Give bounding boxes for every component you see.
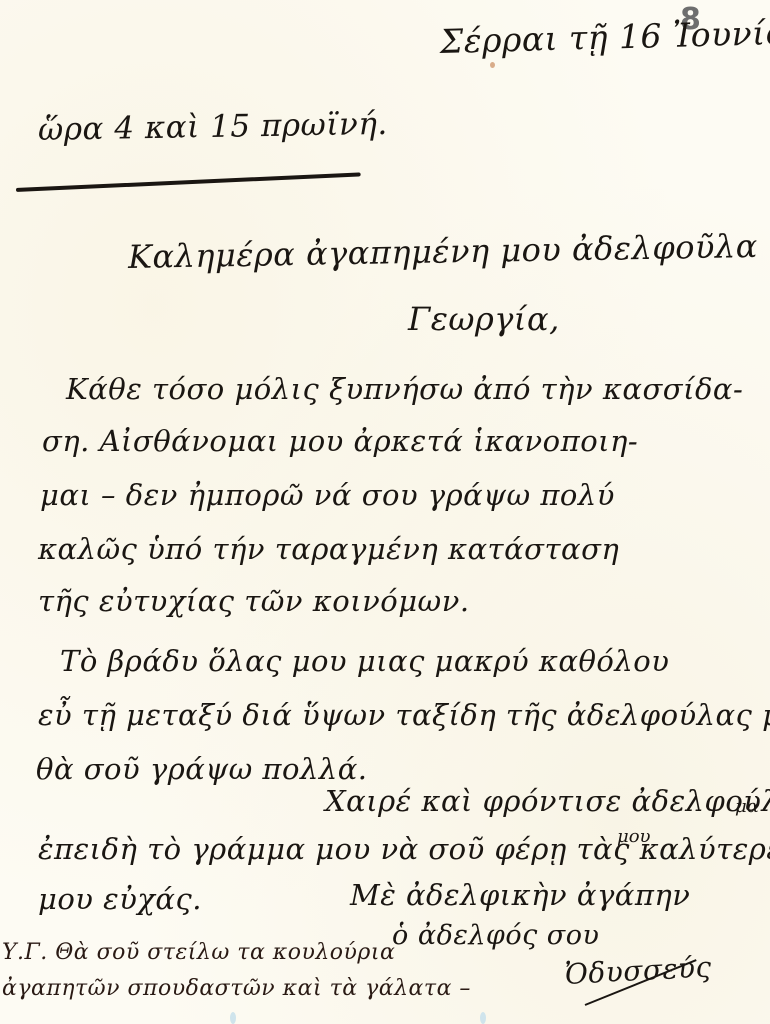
letter-page: 8 Σέρραι τῇ 16 Ἰουνίου 1919 ὥρα 4 καὶ 15… (0, 0, 770, 1024)
postscript-line-2: ἀγαπητῶν σπουδαστῶν καὶ τὰ γάλατα – (2, 976, 471, 1001)
body-line: μαι – δεν ἠμπορῶ νά σου γράψω πολύ (40, 478, 615, 512)
body-line: τῆς εὐτυχίας τῶν κοινόμων. (38, 584, 470, 618)
body-line: ἐπειδὴ τὸ γράμμα μου νὰ σοῦ φέρῃ τὰς καλ… (38, 832, 770, 866)
ink-stain (490, 62, 495, 68)
body-line: εὖ τῇ μεταξύ διά ὕψων ταξίδη τῆς ἀδελφού… (38, 698, 770, 732)
body-line: Χαιρέ καὶ φρόντισε ἀδελφούλα (325, 784, 770, 818)
body-line: καλῶς ὑπό τήν ταραγμένη κατάσταση (38, 532, 619, 566)
body-line: Κάθε τόσο μόλις ξυπνήσω ἀπό τὴν κασσίδα- (66, 372, 743, 406)
postscript-line-1: Υ.Γ. Θὰ σοῦ στείλω τα κουλούρια (2, 940, 395, 965)
salutation-line-1: Καλημέρα ἀγαπημένη μου ἀδελφοῦλα (128, 227, 758, 276)
time-line: ὥρα 4 καὶ 15 πρωϊνή. (38, 106, 388, 148)
closing-line-2: ὁ ἀδελφός σου (392, 920, 599, 951)
superscript-insert: μου (617, 826, 650, 847)
body-line: θὰ σοῦ γράψω πολλά. (36, 752, 368, 786)
body-line: ση. Αἰσθάνομαι μου ἀρκετά ἱκανοποιη- (42, 424, 638, 458)
signature: Ὀδυσσεύς (564, 950, 712, 991)
salutation-line-2: Γεωργία, (408, 300, 560, 338)
place-date-line: Σέρραι τῇ 16 Ἰουνίου 1919 (439, 10, 770, 61)
closing-line-1: Μὲ ἀδελφικὴν ἀγάπην (350, 878, 690, 912)
header-underline (16, 172, 361, 192)
body-line: μου εὐχάς. (38, 882, 202, 916)
body-line: Τὸ βράδυ ὅλας μου μιας μακρύ καθόλου (60, 644, 669, 678)
scan-artifact (230, 1012, 236, 1024)
superscript-insert: μα (735, 796, 759, 817)
scan-artifact (480, 1012, 486, 1024)
